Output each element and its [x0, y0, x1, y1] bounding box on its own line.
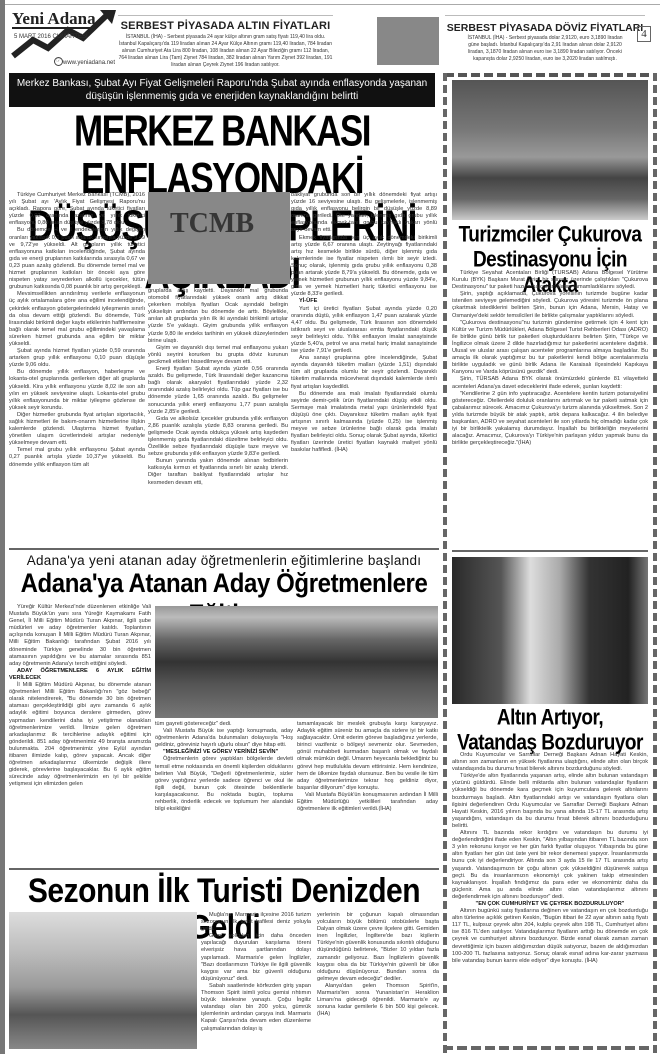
gold-story-headline: Altın Artıyor, Vatandaş Bozduruyor	[450, 706, 650, 757]
website-link[interactable]: www.yeniadana.net	[63, 60, 115, 66]
paragraph: Bu dönemde ara malı imalatı fiyatlarında…	[291, 391, 437, 455]
paragraph: Yüreğir Kültür Merkezi'nde düzenlenen et…	[9, 604, 151, 668]
paragraph: Vali Mustafa Büyük ise yaptığı konuşmada…	[155, 728, 293, 749]
section-subhead: "EN ÇOK CUMHURİYET VE ÇEYREK BOZDURULUYO…	[452, 901, 648, 908]
teachers-kicker: Adana'ya yeni atanan aday öğretmenlerin …	[9, 553, 439, 568]
page-number: 4	[637, 26, 651, 42]
paragraph: Enerji fiyatları Şubat ayında yüzde 0,56…	[148, 366, 288, 416]
gold-prices-box: SERBEST PİYASADA ALTIN FİYATLARI İSTANBU…	[118, 15, 333, 71]
paragraph: Yurt içi üretici fiyatları Şubat ayında …	[291, 306, 437, 356]
paragraph: İl Milli Eğitim Müdürü Akpınar, bu dönem…	[9, 682, 151, 788]
currency-prices-box: SERBEST PİYASADA DÖVİZ FİYATLARI İSTANBU…	[445, 15, 645, 71]
paragraph: Diğer hizmetler grubunda fiyat artışları…	[9, 412, 145, 447]
paragraph: Gıda ve alkolsüz içecekler grubunda yıll…	[148, 416, 288, 459]
pointer-hand-icon: ☞	[54, 57, 63, 66]
paragraph: Şirin, TÜRSAB Adana BYK olarak önümüzdek…	[452, 376, 648, 390]
tourism-headline-line1: Turizmciler Çukurova	[450, 223, 650, 248]
lead-headline-line1: MERKEZ BANKASI ENFLASYONDAKİ	[9, 108, 435, 203]
section-divider	[9, 868, 439, 870]
jewelry-store-photo	[452, 557, 648, 704]
lead-column-3: bakliyat grubunda son bir yıllık dönemde…	[291, 192, 437, 545]
masthead-logo[interactable]: Yeni Adana 5 MART 2016 CUMARTESİ ☞ www.y…	[8, 8, 120, 68]
gold-prices-title: SERBEST PİYASADA ALTIN FİYATLARI	[118, 20, 333, 32]
paragraph: Alanya'dan gelen Thomson Spirit'in, Marm…	[317, 983, 439, 1018]
tourist-column-1: Muğla'nın Marmaris ilçesine 2016 turizm …	[201, 912, 311, 1050]
paragraph: Altınını TL bazında rekor kırdığını ve v…	[452, 830, 648, 901]
teachers-column-1: Yüreğir Kültür Merkezi'nde düzenlenen et…	[9, 604, 151, 866]
paragraph: yerlerinin bir çoğunun kapalı olmasından…	[317, 912, 439, 983]
currency-photo	[377, 17, 439, 65]
paragraph: Bu dönemde H ve I endekslerinin yıllık d…	[9, 227, 145, 291]
logo-title: Yeni Adana	[12, 10, 96, 29]
currency-prices-title: SERBEST PİYASADA DÖVİZ FİYATLARI	[445, 22, 645, 34]
paragraph: Temel mal grubu yıllık enflasyonu Şubat …	[9, 447, 145, 468]
paragraph: Sabah saatlerinde körfezden giriş yapan …	[201, 983, 311, 1033]
section-divider	[452, 550, 648, 552]
paragraph: Bunun yanında yakın dönemde alınan tedbi…	[148, 458, 288, 486]
cruise-ship-photo	[9, 912, 197, 1049]
paragraph: bakliyat grubunda son bir yıllık dönemde…	[291, 192, 437, 235]
paragraph: Şubat ayında hizmet fiyatları yüzde 0,59…	[9, 348, 145, 369]
newspaper-page: Yeni Adana 5 MART 2016 CUMARTESİ ☞ www.y…	[0, 0, 660, 1054]
page-edge-bar	[0, 0, 5, 1054]
gold-story-body: Ordu Kuyumcular ve Sarraflar Derneği Baş…	[452, 752, 648, 1044]
paragraph: Giyim ve dayanıklı dışı temel mal enflas…	[148, 345, 288, 366]
conference-hall-photo	[155, 606, 438, 718]
paragraph: tamamlayacak bir meslek grubuyla karşı k…	[297, 721, 438, 792]
tcmb-photo: TCMB	[148, 192, 290, 284]
paragraph: Türkiye'de altın fiyatlarında yaşanan ar…	[452, 773, 648, 830]
lead-column-1: Türkiye Cumhuriyet Merkez Bankası (TCMB)…	[9, 192, 145, 545]
paragraph: Vali Mustafa Büyük'ün konuşmasının ardın…	[297, 792, 438, 813]
paragraph: Ekmek fiyatlarında son üç aylık dönemdek…	[291, 235, 437, 299]
section-subhead: Yİ-ÜFE	[291, 298, 437, 305]
lead-kicker: Merkez Bankası, Şubat Ayı Fiyat Gelişmel…	[9, 73, 435, 107]
paragraph: Altının bugünkü satış fiyatlarına değine…	[452, 908, 648, 965]
paragraph: Mevsimsellikten arındırılmış verilerle e…	[9, 291, 145, 348]
dashed-border-bottom	[443, 1046, 657, 1050]
paragraph: Türkiye Seyahat Acentaları Birliği (TÜRS…	[452, 270, 648, 291]
paragraph: gruplarda artış kaydetti. Dayanıklı mal …	[148, 288, 288, 345]
lead-column-2: gruplarda artış kaydetti. Dayanıklı mal …	[148, 288, 288, 545]
gold-headline-line1: Altın Artıyor,	[450, 706, 650, 731]
top-rule	[5, 4, 660, 5]
section-divider	[9, 548, 439, 550]
gold-prices-body: İSTANBUL (İHA) - Serbest piyasada 24 aya…	[118, 34, 333, 69]
section-subhead: ADAY ÖĞRETMENLERE 6 AYLIK EĞİTİM VERİLEC…	[9, 668, 151, 682]
paragraph: Öğretmenlerin görev yaptıkları bölgelerd…	[155, 756, 293, 813]
tourism-body: Türkiye Seyahat Acentaları Birliği (TÜRS…	[452, 270, 648, 548]
tourist-column-2: yerlerinin bir çoğunun kapalı olmasından…	[317, 912, 439, 1050]
paragraph: Türkiye Cumhuriyet Merkez Bankası (TCMB)…	[9, 192, 145, 227]
tcmb-logo: TCMB	[170, 208, 254, 240]
paragraph: Bu dönemde yıllık enflasyon, haberleşme …	[9, 369, 145, 412]
paragraph: Şirin, yaptığı açıklamada, Çukurova yöre…	[452, 291, 648, 319]
currency-prices-body: İSTANBUL (İHA) - Serbest piyasada dolar …	[445, 35, 645, 63]
tourism-group-photo	[452, 80, 648, 220]
paragraph: Ordu Kuyumcular ve Sarraflar Derneği Baş…	[452, 752, 648, 773]
paragraph: "Çukurova destinasyonu"nu turizmin günde…	[452, 320, 648, 377]
paragraph: tüm gayreti göstereceğiz" dedi.	[155, 721, 293, 728]
paragraph: Muğla'nın Marmaris ilçesine 2016 turizm …	[201, 912, 311, 933]
teachers-column-3: tamamlayacak bir meslek grubuyla karşı k…	[297, 721, 438, 866]
paragraph: Ana sanayi gruplarına göre incelendiğind…	[291, 355, 437, 390]
issue-date: 5 MART 2016 CUMARTESİ	[14, 34, 88, 40]
paragraph: "Kendilerine 2 gün info yaptıracağız. Ac…	[452, 391, 648, 448]
teachers-column-2: tüm gayreti göstereceğiz" dedi. Vali Mus…	[155, 721, 293, 866]
paragraph: Gemi yolcuları için daha önceden yapılac…	[201, 933, 311, 983]
